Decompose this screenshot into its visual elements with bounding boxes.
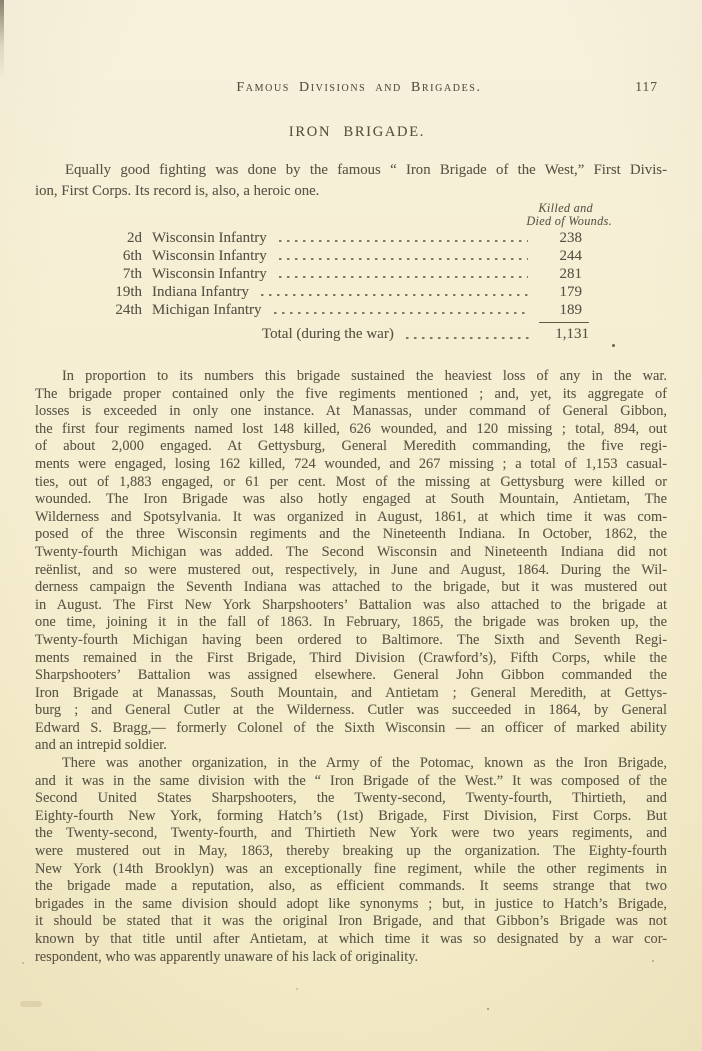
leader-dots (279, 276, 528, 278)
text-line: Equally good fighting was done by the fa… (35, 160, 667, 181)
leader-dots (261, 294, 528, 296)
text-line: Second United States Sharpshooters, the … (35, 790, 667, 808)
casualty-table: Killed and Died of Wounds. 2d Wisconsin … (109, 202, 612, 346)
total-label: Total (during the war) (262, 322, 394, 346)
text-line: In proportion to its numbers this brigad… (35, 368, 667, 386)
unit-name: Wisconsin Infantry (152, 229, 267, 247)
table-row: 2d Wisconsin Infantry 238 (109, 229, 612, 247)
text-line: one time, joining it in the fall of 1863… (35, 614, 667, 632)
text-line: of about 2,000 engaged. At Gettysburg, G… (35, 438, 667, 456)
article-title: IRON BRIGADE. (41, 124, 673, 141)
unit-name: Wisconsin Infantry (152, 247, 267, 265)
text-line: Sharpshooters’ Battalion was assigned el… (35, 667, 667, 685)
text-line: posed of the three Wisconsin regiments a… (35, 526, 667, 544)
text-line: respondent, who was apparently unaware o… (35, 949, 667, 967)
text-line: burg ; and General Cutler at the Wildern… (35, 702, 667, 720)
paragraph: There was another organization, in the A… (35, 755, 667, 966)
paragraph: In proportion to its numbers this brigad… (35, 368, 667, 755)
table-column-header: Killed and Died of Wounds. (109, 202, 612, 228)
unit-ordinal: 24th (109, 301, 142, 319)
text-line: Wilderness and Spotsylvania. It was orga… (35, 509, 667, 527)
unit-name: Wisconsin Infantry (152, 265, 267, 283)
text-line: derness campaign the Seventh Indiana was… (35, 579, 667, 597)
text-line: wounded. The Iron Brigade was also hotly… (35, 491, 667, 509)
casualty-count: 189 (536, 301, 582, 319)
text-line: New York (14th Brooklyn) was an exceptio… (35, 861, 667, 879)
body-text: In proportion to its numbers this brigad… (35, 368, 667, 966)
page-header: Famous Divisions and Brigades. 117 (35, 78, 667, 95)
running-title: Famous Divisions and Brigades. (236, 80, 481, 95)
text-line: reënlist, and so were mustered out, resp… (35, 562, 667, 580)
intro-paragraph: Equally good fighting was done by the fa… (35, 160, 667, 201)
text-line: in August. The First New York Sharpshoot… (35, 597, 667, 615)
unit-ordinal: 7th (109, 265, 142, 283)
ink-speck (296, 988, 298, 990)
page-number: 117 (635, 79, 658, 95)
text-line: the first four regiments named lost 148 … (35, 421, 667, 439)
unit-name: Indiana Infantry (152, 283, 249, 301)
text-line: ties, out of 1,883 engaged, or 61 per ce… (35, 474, 667, 492)
text-line: Edward S. Bragg,— formerly Colonel of th… (35, 720, 667, 738)
ink-speck (22, 962, 24, 964)
table-row: 24th Michigan Infantry 189 (109, 301, 612, 319)
column-header-line2: Died of Wounds. (109, 215, 612, 228)
ink-speck (652, 960, 654, 962)
leader-dots (406, 337, 531, 339)
text-line: ments remained in the First Brigade, Thi… (35, 650, 667, 668)
text-line: the brigade made a reputation, also, as … (35, 878, 667, 896)
total-value: 1,131 (539, 322, 589, 344)
unit-ordinal: 6th (109, 247, 142, 265)
paper-smudge (20, 1001, 42, 1007)
text-line: known by that title until after Antietam… (35, 931, 667, 949)
text-line: Twenty-fourth Michigan was added. The Se… (35, 544, 667, 562)
text-line: Eighty-fourth New York, forming Hatch’s … (35, 808, 667, 826)
table-row: 19th Indiana Infantry 179 (109, 283, 612, 301)
table-row: 7th Wisconsin Infantry 281 (109, 265, 612, 283)
scan-edge-artifact (0, 0, 4, 80)
unit-ordinal: 19th (109, 283, 142, 301)
casualty-count: 244 (536, 247, 582, 265)
text-line: the Twenty-second, Twenty-fourth, and Th… (35, 825, 667, 843)
text-line: were mustered out in May, 1863, thereby … (35, 843, 667, 861)
ink-speck (487, 1008, 489, 1010)
text-line: ion, First Corps. Its record is, also, a… (35, 181, 667, 202)
text-line: brigades in the same division should ado… (35, 896, 667, 914)
ink-speck (612, 344, 615, 347)
table-row: 6th Wisconsin Infantry 244 (109, 247, 612, 265)
casualty-count: 238 (536, 229, 582, 247)
text-line: Iron Brigade at Manassas, South Mountain… (35, 685, 667, 703)
leader-dots (279, 258, 528, 260)
text-line: losses is exceeded in only one instance.… (35, 403, 667, 421)
text-line: and an intrepid soldier. (35, 737, 667, 755)
casualty-count: 281 (536, 265, 582, 283)
unit-name: Michigan Infantry (152, 301, 262, 319)
text-line: Twenty-fourth Michigan having been order… (35, 632, 667, 650)
leader-dots (274, 312, 528, 314)
text-line: ments were engaged, losing 162 killed, 7… (35, 456, 667, 474)
casualty-count: 179 (536, 283, 582, 301)
unit-ordinal: 2d (109, 229, 142, 247)
text-line: There was another organization, in the A… (35, 755, 667, 773)
text-line: The brigade proper contained only the fi… (35, 386, 667, 404)
table-rows: 2d Wisconsin Infantry 238 6th Wisconsin … (109, 229, 612, 319)
text-line: and it was in the same division with the… (35, 773, 667, 791)
table-total-row: Total (during the war) 1,131 (109, 322, 612, 346)
leader-dots (279, 240, 528, 242)
book-page: Famous Divisions and Brigades. 117 IRON … (0, 0, 702, 1051)
text-line: it should be stated that it was the orig… (35, 913, 667, 931)
